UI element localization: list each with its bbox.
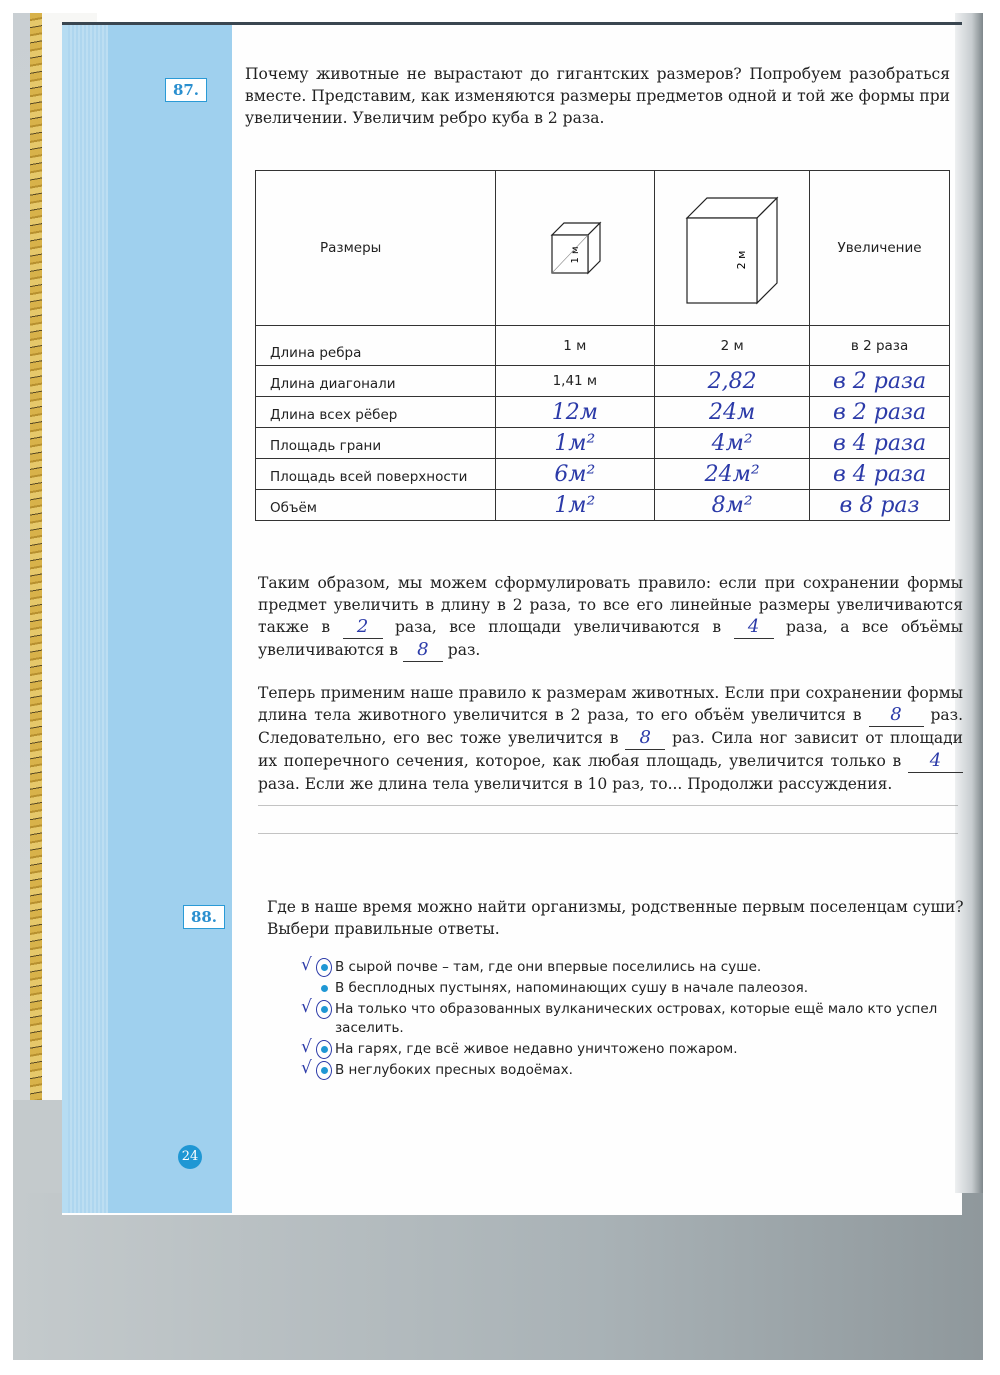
answer-blank-animal-weight[interactable]: 8: [625, 727, 665, 750]
page-top-edge: [62, 22, 962, 25]
scanner-bed: [13, 1193, 983, 1360]
bullet-icon: [321, 985, 328, 992]
rule-paragraph: Таким образом, мы можем сформулировать п…: [258, 572, 963, 662]
checkmark-icon: √: [301, 956, 312, 975]
cube-dimensions-table: Размеры 1 м 2 м Увеличение Длина ребра1 …: [255, 170, 950, 521]
header-large-cube: 2 м: [655, 171, 810, 326]
answer-option[interactable]: √В неглубоких пресных водоёмах.: [315, 1061, 965, 1080]
table-row: Длина всех рёбер12м24мв 2 раза: [256, 397, 950, 428]
table-row: Объём1м²8м²в 8 раз: [256, 490, 950, 521]
cell-small-cube[interactable]: 1м²: [495, 490, 655, 521]
cell-large-cube[interactable]: 8м²: [655, 490, 810, 521]
bullet-icon: [321, 964, 328, 971]
bullet-icon: [321, 1006, 328, 1013]
cell-increase[interactable]: в 8 раз: [810, 490, 950, 521]
bullet-icon: [321, 1046, 328, 1053]
table-row: Площадь грани1м²4м²в 4 раза: [256, 428, 950, 459]
row-label: Площадь всей поверхности: [256, 459, 496, 490]
apply-paragraph: Теперь применим наше правило к размерам …: [258, 682, 963, 795]
task88-question: Где в наше время можно найти организмы, …: [267, 896, 967, 940]
task87-intro: Почему животные не вырастают до гигантск…: [245, 63, 950, 129]
table-header-row: Размеры 1 м 2 м Увеличение: [256, 171, 950, 326]
answer-blank-linear[interactable]: 2: [343, 616, 383, 639]
option-text: В бесплодных пустынях, напоминающих сушу…: [335, 980, 808, 996]
answer-line[interactable]: [258, 833, 958, 834]
row-label: Длина ребра: [256, 326, 496, 366]
answer-option[interactable]: √В сырой почве – там, где они впервые по…: [315, 958, 965, 977]
cell-large-cube[interactable]: 2,82: [655, 366, 810, 397]
table-row: Длина диагонали1,41 м2,82в 2 раза: [256, 366, 950, 397]
cell-small-cube[interactable]: 6м²: [495, 459, 655, 490]
cell-increase[interactable]: в 2 раза: [810, 397, 950, 428]
row-label: Длина диагонали: [256, 366, 496, 397]
book-gilded-edge: [30, 13, 42, 1108]
stacked-page-edges: [68, 25, 108, 1213]
answer-options: √В сырой почве – там, где они впервые по…: [315, 958, 965, 1082]
cell-increase[interactable]: в 4 раза: [810, 459, 950, 490]
answer-line[interactable]: [258, 805, 958, 806]
option-text: В неглубоких пресных водоёмах.: [335, 1062, 573, 1078]
scanner-edge: [13, 13, 30, 1193]
cell-large-cube[interactable]: 4м²: [655, 428, 810, 459]
cell-small-cube: 1 м: [495, 326, 655, 366]
answer-option[interactable]: √На гарях, где всё живое недавно уничтож…: [315, 1040, 965, 1059]
cell-small-cube[interactable]: 12м: [495, 397, 655, 428]
cell-large-cube: 2 м: [655, 326, 810, 366]
table-row: Длина ребра1 м2 мв 2 раза: [256, 326, 950, 366]
header-sizes: Размеры: [256, 171, 496, 326]
checkmark-icon: √: [301, 1038, 312, 1057]
answer-blank-animal-volume[interactable]: 8: [869, 704, 924, 727]
answer-blank-leg-area[interactable]: 4: [908, 750, 963, 773]
row-label: Длина всех рёбер: [256, 397, 496, 428]
cell-increase: в 2 раза: [810, 326, 950, 366]
svg-text:2 м: 2 м: [735, 251, 748, 270]
cell-large-cube[interactable]: 24м²: [655, 459, 810, 490]
cell-small-cube: 1,41 м: [495, 366, 655, 397]
option-text: На только что образованных вулканических…: [335, 1001, 937, 1036]
answer-blank-area[interactable]: 4: [734, 616, 774, 639]
checkmark-icon: √: [301, 998, 312, 1017]
page-number: 24: [178, 1145, 202, 1169]
answer-option[interactable]: В бесплодных пустынях, напоминающих сушу…: [315, 979, 965, 998]
row-label: Площадь грани: [256, 428, 496, 459]
answer-blank-volume[interactable]: 8: [403, 639, 443, 662]
cell-small-cube[interactable]: 1м²: [495, 428, 655, 459]
svg-text:1 м: 1 м: [570, 246, 581, 263]
header-increase: Увеличение: [810, 171, 950, 326]
cube-2m-icon: 2 м: [677, 188, 787, 308]
task-number-88: 88.: [183, 905, 225, 929]
checkmark-icon: √: [301, 1059, 312, 1078]
cell-increase[interactable]: в 2 раза: [810, 366, 950, 397]
cell-increase[interactable]: в 4 раза: [810, 428, 950, 459]
answer-option[interactable]: √На только что образованных вулканически…: [315, 1000, 965, 1038]
option-text: На гарях, где всё живое недавно уничтоже…: [335, 1041, 738, 1057]
table-row: Площадь всей поверхности6м²24м²в 4 раза: [256, 459, 950, 490]
cell-large-cube[interactable]: 24м: [655, 397, 810, 428]
cube-1m-icon: 1 м: [540, 213, 610, 283]
header-small-cube: 1 м: [495, 171, 655, 326]
option-text: В сырой почве – там, где они впервые пос…: [335, 959, 761, 975]
task-number-87: 87.: [165, 78, 207, 102]
bullet-icon: [321, 1067, 328, 1074]
row-label: Объём: [256, 490, 496, 521]
